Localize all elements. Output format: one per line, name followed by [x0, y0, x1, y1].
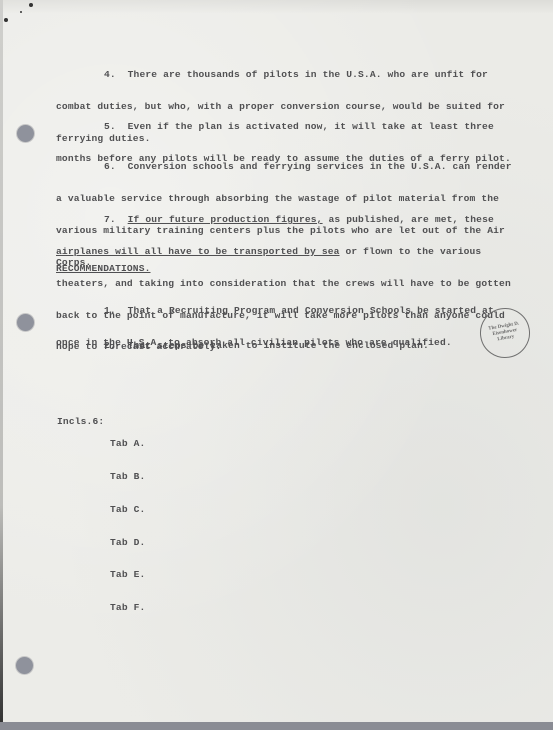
recommendation-line: 2. That steps be taken to institute the … [56, 341, 429, 352]
page-left-edge [0, 0, 3, 722]
ink-speck [29, 3, 33, 7]
stamp-text: The Dwight D. Eisenhower Library [484, 321, 527, 346]
enclosures-label: Incls.6: [57, 417, 104, 428]
underlined-phrase: If our future production figures, [128, 214, 323, 225]
paragraph-line: 7. If our future production figures, as … [56, 215, 511, 226]
recommendations-heading: RECOMMENDATIONS. [56, 264, 151, 275]
paragraph-line: airplanes will all have to be transporte… [56, 247, 511, 258]
enclosure-item: Tab C. [110, 504, 145, 516]
recommendation-line: 1. That a Recruiting Program and Convers… [56, 306, 494, 317]
ink-speck [20, 11, 22, 13]
underlined-phrase: airplanes will all have to be transporte… [56, 246, 340, 257]
recommendation-2: 2. That steps be taken to institute the … [56, 320, 429, 373]
paragraph-line: 6. Conversion schools and ferrying servi… [56, 162, 512, 173]
paragraph-line: 4. There are thousands of pilots in the … [56, 70, 505, 81]
enclosures-list: Tab A. Tab B. Tab C. Tab D. Tab E. Tab F… [110, 417, 145, 635]
ink-speck [4, 18, 8, 22]
document-page: 4. There are thousands of pilots in the … [0, 0, 553, 722]
paragraph-line: 5. Even if the plan is activated now, it… [56, 122, 511, 133]
punch-hole [17, 125, 34, 142]
enclosure-item: Tab D. [110, 537, 145, 549]
punch-hole [17, 314, 34, 331]
scanner-background-strip [0, 722, 553, 730]
enclosure-item: Tab A. [110, 438, 145, 450]
enclosure-item: Tab F. [110, 602, 145, 614]
enclosure-item: Tab E. [110, 569, 145, 581]
punch-hole [16, 657, 33, 674]
enclosure-item: Tab B. [110, 471, 145, 483]
